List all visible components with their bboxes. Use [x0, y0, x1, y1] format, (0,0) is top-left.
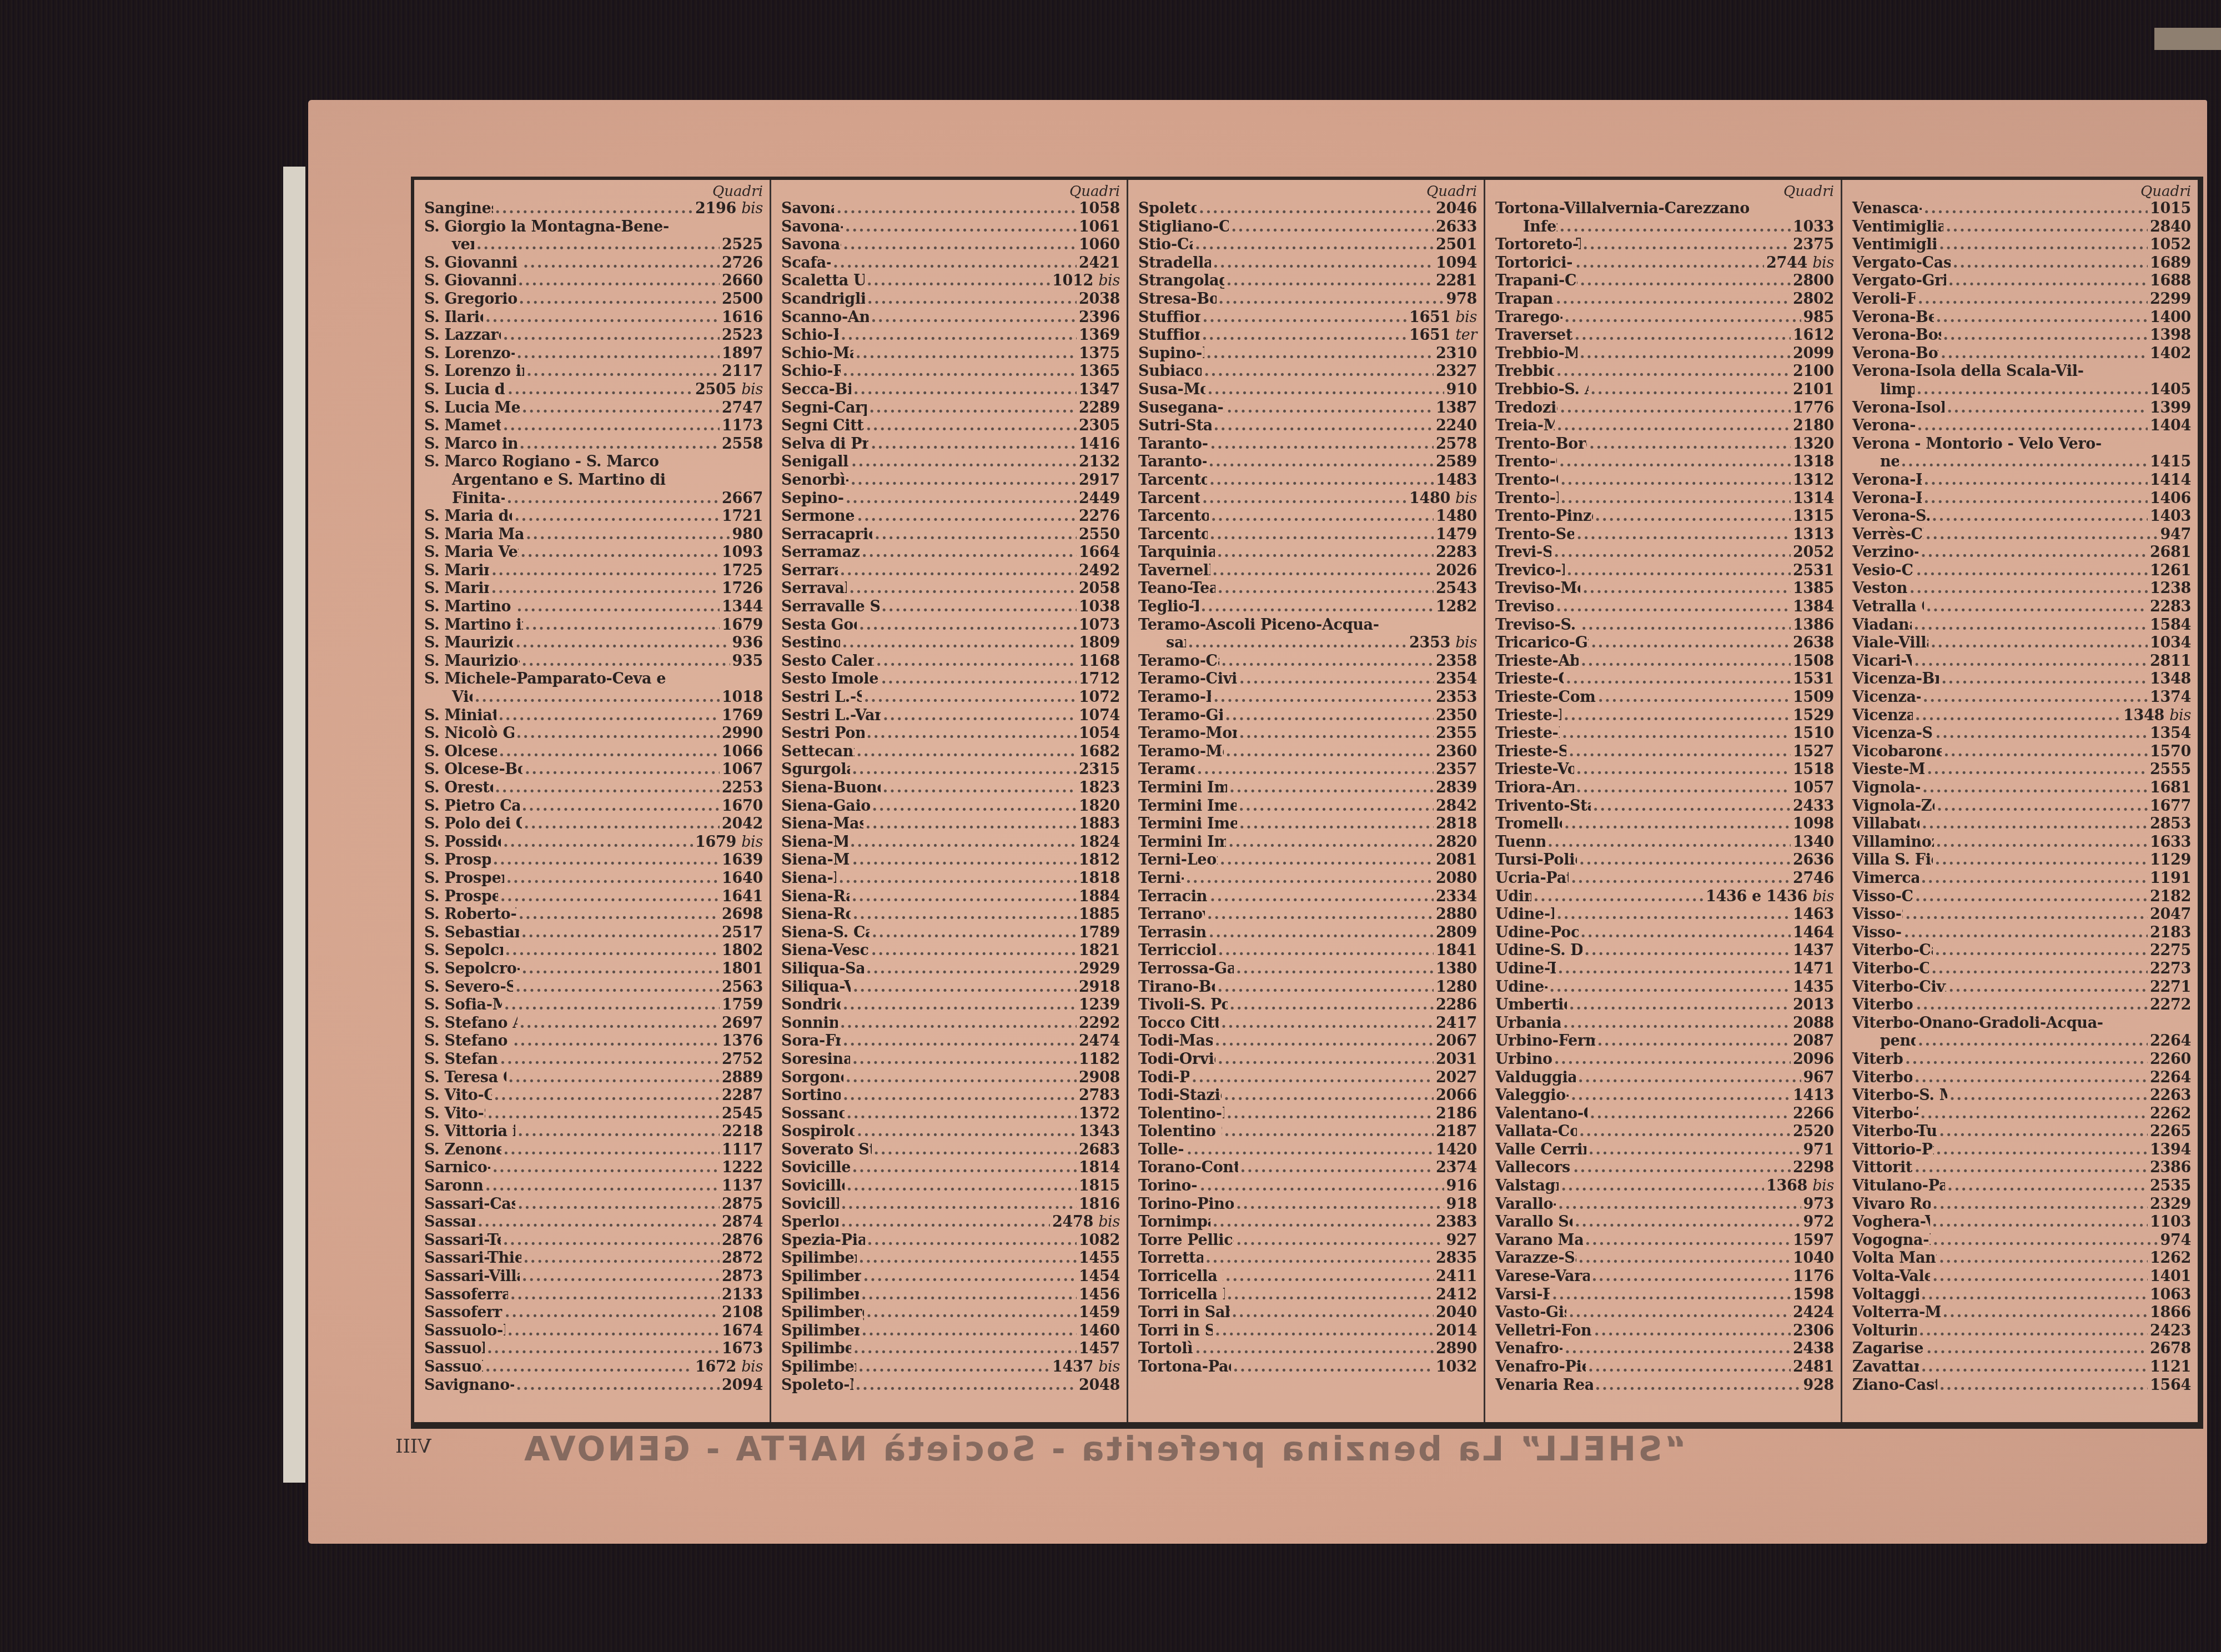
leader-dots: [872, 924, 1077, 942]
table-number: 2117: [722, 363, 763, 381]
table-number-value: 2396: [1079, 309, 1120, 326]
table-number-value: 974: [2160, 1232, 2191, 1249]
leader-dots: [875, 526, 1077, 544]
list-item: Tortona-Villalvernia-Carezzano: [1495, 200, 1834, 218]
leader-dots: [1915, 1159, 2148, 1177]
table-number-value: 1173: [722, 417, 763, 434]
table-number: 2315: [1079, 761, 1120, 779]
route-name: Vallata-Conza-Andretta: [1495, 1123, 1577, 1141]
table-number-value: 1464: [1793, 924, 1834, 941]
list-item: Teramo-Penne2357: [1138, 761, 1477, 779]
table-number-value: 1633: [2150, 833, 2191, 851]
table-number-value: 1460: [1079, 1322, 1120, 1339]
table-number: 2802: [1793, 290, 1834, 309]
table-number: 927: [1446, 1232, 1477, 1250]
leader-dots: [871, 309, 1077, 327]
table-number-value: 1815: [1079, 1177, 1120, 1194]
table-number-value: 978: [1446, 290, 1477, 308]
list-item: Sesta Godano-Spezia1073: [781, 616, 1120, 635]
route-name: Trento-Borgo-Castel Tesino: [1495, 435, 1587, 454]
leader-dots: [863, 1268, 1077, 1286]
table-number: 2081: [1436, 851, 1477, 870]
route-name: santa: [1138, 634, 1186, 652]
leader-dots: [1557, 417, 1791, 435]
route-name: Venafro-Filignano: [1495, 1340, 1562, 1358]
leader-dots: [1554, 1051, 1791, 1069]
table-number: 2133: [722, 1286, 763, 1304]
table-number: 2396: [1079, 309, 1120, 327]
leader-dots: [1558, 1196, 1801, 1214]
list-item: limpenta1405: [1852, 381, 2191, 399]
table-number: 1612: [1793, 327, 1834, 345]
table-number-value: 927: [1446, 1232, 1477, 1249]
table-number-value: 967: [1803, 1069, 1834, 1086]
table-number: 1459: [1079, 1304, 1120, 1322]
leader-dots: [845, 218, 1077, 237]
list-item: Viterbo-Farnese2272: [1852, 996, 2191, 1015]
table-number: 2545: [722, 1105, 763, 1123]
table-number: 1677: [2150, 797, 2191, 816]
table-number: 2818: [1436, 815, 1477, 833]
leader-dots: [1208, 381, 1444, 399]
table-number: 2492: [1079, 562, 1120, 580]
table-number-value: 2264: [2150, 1069, 2191, 1086]
table-number-value: 1584: [2150, 616, 2191, 634]
route-name: Trieste-Miramare: [1495, 707, 1561, 725]
leader-dots: [862, 1322, 1077, 1340]
leader-dots: [1565, 309, 1801, 327]
leader-dots: [517, 598, 720, 616]
table-number-value: 1318: [1793, 453, 1834, 470]
leader-dots: [1579, 1123, 1791, 1141]
route-name: Finita-Cosenza: [424, 490, 505, 508]
leader-dots: [488, 1105, 720, 1123]
table-number: 1376: [722, 1032, 763, 1051]
route-name: S. Pietro Capofiume-Bologna: [424, 797, 520, 816]
list-item: S. Martino in Soino-Mirandola1679: [424, 616, 763, 635]
route-name: Schio-Rovereto: [781, 363, 841, 381]
list-item: S. Mamete-Menaggio1173: [424, 417, 763, 435]
route-name: Todi-Massa Martana: [1138, 1032, 1213, 1051]
list-item: Viale-Villanova d'Asti1034: [1852, 634, 2191, 652]
table-number: 1510: [1793, 725, 1834, 743]
route-name: Trebbio-Montebaroccio: [1495, 345, 1577, 363]
table-number-value: 1883: [1079, 815, 1120, 832]
leader-dots: [495, 200, 694, 218]
leader-dots: [1218, 1051, 1434, 1069]
route-name: S. Zenone al Po-Pavia: [424, 1141, 501, 1159]
route-name: Sassari-Castelsardo-Laerru: [424, 1196, 515, 1214]
leader-dots: [843, 1032, 1077, 1051]
route-name: Viterbo-Canepina-Orte: [1852, 942, 1933, 960]
route-name: Verona-Isola della Scala-Vil-: [1852, 363, 2084, 381]
table-number-value: 2260: [2150, 1051, 2191, 1068]
leader-dots: [1556, 290, 1791, 309]
route-name: Trento-Serraia di Pinè: [1495, 526, 1574, 544]
table-number-value: 2412: [1436, 1286, 1477, 1303]
route-name: Varallo-Fobello: [1495, 1196, 1556, 1214]
list-item: Treviso-S. Donà di Piave1386: [1495, 616, 1834, 635]
table-number-value: 2108: [722, 1304, 763, 1321]
table-number-value: 1455: [1079, 1249, 1120, 1267]
list-item: Stuffione-Bologna1651 bis: [1138, 309, 1477, 327]
leader-dots: [1916, 996, 2148, 1015]
table-number-value: 1639: [722, 851, 763, 868]
leader-dots: [1921, 1286, 2148, 1304]
table-number: 2683: [1079, 1141, 1120, 1159]
table-number: 1312: [1793, 471, 1834, 490]
table-number-value: 1012: [1052, 272, 1093, 289]
list-item: Sovicille-Siena1816: [781, 1196, 1120, 1214]
table-number-value: 2550: [1079, 526, 1120, 543]
leader-dots: [525, 761, 720, 779]
table-number: 1314: [1793, 490, 1834, 508]
list-item: Soverato Stazione-Fabrizia2683: [781, 1141, 1120, 1159]
table-number-value: 2918: [1079, 978, 1120, 996]
leader-dots: [838, 870, 1077, 888]
list-item: Vicenza-Schio-Recoaro1354: [1852, 725, 2191, 743]
route-name: Trivento-Stazione di Trivento: [1495, 797, 1591, 816]
list-item: S. Michele-Pamparato-Ceva e: [424, 670, 763, 689]
list-item: Tortorici-Capo d'Orlando2744 bis: [1495, 254, 1834, 273]
route-name: Termini Imerese-Stazione: [1138, 833, 1226, 852]
table-number-value: 1405: [2150, 381, 2191, 398]
route-name: S. Sebastiano al V.-S. Giorgio: [424, 924, 519, 942]
route-name: Valentano-Canino-Montalto: [1495, 1105, 1587, 1123]
route-name: Spezia-Piana di Battolla: [781, 1232, 865, 1250]
route-name: S. Teresa Gallura-Palau: [424, 1069, 506, 1087]
leader-dots: [881, 670, 1077, 689]
list-item: S. Lucia di Serino-Avellino2505 bis: [424, 381, 763, 399]
route-name: Torretta-Palermo: [1138, 1249, 1203, 1268]
table-number: 1597: [1793, 1232, 1834, 1250]
route-name: Velletri-Fonte S. M. dell' Orco: [1495, 1322, 1592, 1340]
list-item: Savona-Varazze1060: [781, 236, 1120, 254]
table-number: 2386: [2150, 1159, 2191, 1177]
leader-dots: [1905, 906, 2148, 924]
route-name: vento: [424, 236, 474, 254]
route-name: Tredozio-Faenza: [1495, 399, 1557, 418]
leader-dots: [1582, 580, 1791, 598]
table-number-value: 1380: [1436, 960, 1477, 977]
table-number-value: 1239: [1079, 996, 1120, 1013]
table-number: 2638: [1793, 634, 1834, 652]
table-number: 1725: [722, 562, 763, 580]
route-name: S. Maria Versa-Castel S. Gio.: [424, 544, 519, 562]
leader-dots: [1939, 1377, 2148, 1395]
route-name: S. Miniato-Stazione: [424, 707, 496, 725]
list-item: S. Maurizio-Front-Barbania935: [424, 652, 763, 671]
leader-dots: [1569, 1304, 1791, 1322]
route-name: Vivaro Romano-Arsoli: [1852, 1196, 1931, 1214]
table-number: 1688: [2150, 272, 2191, 290]
table-number-value: 1471: [1793, 960, 1834, 977]
table-number-value: 2811: [2150, 652, 2191, 670]
table-number: 973: [1803, 1196, 1834, 1214]
list-item: Sestino-Urbino1809: [781, 634, 1120, 652]
route-name: Vitulano-Paupisi-Benevento: [1852, 1177, 1945, 1196]
list-item: pendente2264: [1852, 1032, 2191, 1051]
leader-dots: [1922, 779, 2148, 797]
table-number-value: 985: [1803, 309, 1834, 326]
table-number-value: 1597: [1793, 1232, 1834, 1249]
route-name: S. Prospero-Modena: [424, 888, 498, 906]
table-number-value: 2555: [2150, 761, 2191, 778]
table-number: 2038: [1079, 290, 1120, 309]
list-item: Vieste-Manfredonia2555: [1852, 761, 2191, 779]
leader-dots: [1222, 652, 1434, 671]
route-name: S. Marino-Torello: [424, 580, 489, 598]
table-number: 1464: [1793, 924, 1834, 942]
leader-dots: [1931, 634, 2148, 652]
table-number-value: 2638: [1793, 634, 1834, 651]
table-number-value: 1479: [1436, 526, 1477, 543]
table-number-value: 2013: [1793, 996, 1834, 1013]
leader-dots: [1571, 1087, 1791, 1105]
leader-dots: [1937, 797, 2148, 816]
route-name: S. Gregorio Magno-Buccino: [424, 290, 517, 309]
leader-dots: [522, 399, 720, 418]
leader-dots: [866, 960, 1077, 978]
leader-dots: [503, 417, 720, 435]
leader-dots: [514, 508, 720, 526]
list-item: Tornimparte-Aquila2383: [1138, 1213, 1477, 1232]
table-number: 1416: [1079, 435, 1120, 454]
table-number: 1063: [2150, 1286, 2191, 1304]
leader-dots: [475, 689, 720, 707]
list-item: Urbino-Fermignano-S.Sepolcro2087: [1495, 1032, 1834, 1051]
route-name: Teramo-Montorio al V.-Castelli: [1138, 725, 1237, 743]
table-number: 2383: [1436, 1213, 1477, 1232]
table-number-value: 1483: [1436, 471, 1477, 489]
leader-dots: [1939, 236, 2148, 254]
table-number: 2283: [2150, 598, 2191, 616]
table-number-value: 2240: [1436, 417, 1477, 434]
list-item: Spilimbergo-Pordenone1459: [781, 1304, 1120, 1322]
table-number: 1061: [1079, 218, 1120, 237]
route-name: Volta Mantovana-Verona: [1852, 1249, 1937, 1268]
table-number-value: 1769: [722, 707, 763, 724]
table-number-value: 1374: [2150, 689, 2191, 706]
leader-dots: [516, 1377, 720, 1395]
route-name: Sutri-Stazione Sutri: [1138, 417, 1212, 435]
route-name: Spilimbergo-Clauzetto: [781, 1268, 861, 1286]
route-name: Visso-Ussita: [1852, 924, 1902, 942]
table-number: 1340: [1793, 833, 1834, 852]
list-item: Todi-Massa Martana2067: [1138, 1032, 1477, 1051]
table-number-value: 1677: [2150, 797, 2191, 815]
route-name: Valle Cerrina-Crescentino: [1495, 1141, 1586, 1159]
leader-dots: [1562, 725, 1791, 743]
table-number-value: 1384: [1793, 598, 1834, 615]
route-name: Veroli-Frosinone: [1852, 290, 1916, 309]
table-number-value: 2872: [722, 1249, 763, 1267]
route-name: Trebbio-Pesaro: [1495, 363, 1554, 381]
route-name: Viterbo-Farnese: [1852, 996, 1914, 1015]
table-number-value: 1802: [722, 942, 763, 959]
route-name: Trento-Cavalese: [1495, 453, 1557, 471]
table-number: 2835: [1436, 1249, 1477, 1268]
table-number-value: 1416: [1079, 435, 1120, 453]
list-item: Viadana-Parma1584: [1852, 616, 2191, 635]
route-name: Teramo-Penne: [1138, 761, 1195, 779]
leader-dots: [874, 1141, 1077, 1159]
leader-dots: [852, 851, 1077, 870]
list-item: Sestri L.-Varese Lig.-Borgotaro1074: [781, 707, 1120, 725]
column-header: Quadri: [1852, 184, 2191, 199]
leader-dots: [500, 1051, 720, 1069]
route-name: Siena-Radicondoli: [781, 888, 850, 906]
leader-dots: [1552, 1286, 1791, 1304]
table-number-value: 1387: [1436, 399, 1477, 416]
list-item: S. Severo-S. Paolo Civitate2563: [424, 978, 763, 997]
table-number-value: 2873: [722, 1268, 763, 1285]
leader-dots: [1597, 1032, 1791, 1051]
table-number: 1402: [2150, 345, 2191, 363]
leader-dots: [1200, 1177, 1444, 1196]
route-name: Soverato Stazione-Fabrizia: [781, 1141, 872, 1159]
leader-dots: [1905, 1051, 2148, 1069]
leader-dots: [840, 1015, 1077, 1033]
table-number-value: 2783: [1079, 1087, 1120, 1104]
table-number: 1374: [2150, 689, 2191, 707]
leader-dots: [1218, 580, 1434, 598]
route-name: Tortoreto-Tortoreto Staz.: [1495, 236, 1581, 254]
leader-dots: [1207, 345, 1434, 363]
route-name: Trarego-Cannero: [1495, 309, 1562, 327]
index-column-1: Quadri Sanginesio-Tolentino2196 bisS. Gi…: [414, 180, 771, 1422]
list-item: Vignola-Levizzano1681: [1852, 779, 2191, 797]
table-number: 1173: [722, 417, 763, 435]
table-number: 1103: [2150, 1213, 2191, 1232]
table-number-value: 2040: [1436, 1304, 1477, 1321]
table-number-value: 2066: [1436, 1087, 1477, 1104]
leader-dots: [521, 924, 720, 942]
route-name: Tavernelle-Panicale: [1138, 562, 1210, 580]
leader-dots: [847, 1105, 1077, 1123]
table-number-value: 2375: [1793, 236, 1834, 253]
leader-dots: [883, 707, 1077, 725]
index-column-5: Quadri Venasca-Sampeyre1015Ventimiglia S…: [1842, 180, 2198, 1422]
table-number-value: 2329: [2150, 1196, 2191, 1213]
route-name: Terricciola-Pontedera: [1138, 942, 1216, 960]
table-number-value: 1061: [1079, 218, 1120, 235]
table-number-value: 1651: [1409, 309, 1450, 326]
leader-dots: [1224, 1087, 1434, 1105]
list-item: Taranto-Martina F.2578: [1138, 435, 1477, 454]
list-item: Sassari-Tempio-Palau2876: [424, 1232, 763, 1250]
table-number-value: 1816: [1079, 1196, 1120, 1213]
list-item: Sesto Calende-Borgo Ticino1168: [781, 652, 1120, 671]
table-number: 2218: [722, 1123, 763, 1141]
table-number: 1403: [2150, 508, 2191, 526]
route-name: Sospirolo-California: [781, 1123, 855, 1141]
list-item: Verona-Bellori-Erbezzo1400: [1852, 309, 2191, 327]
list-item: Soresina-Cremona1182: [781, 1051, 1120, 1069]
table-number: 1616: [722, 309, 763, 327]
table-number: 2875: [722, 1196, 763, 1214]
route-name: Villaminozzo-Reggio E.: [1852, 833, 1934, 852]
list-item: Scanno-Anversa-Sulmona2396: [781, 309, 1120, 327]
leader-dots: [1225, 707, 1434, 725]
table-number-value: 1437: [1052, 1358, 1093, 1375]
table-number: 2917: [1079, 471, 1120, 490]
route-name: S. Roberto-Villa S. Giovanni: [424, 906, 516, 924]
table-number-value: 2374: [1436, 1159, 1477, 1176]
table-number: 1182: [1079, 1051, 1120, 1069]
route-name: S. Maurizio-Front-Barbania: [424, 652, 520, 671]
table-number: 2523: [722, 327, 763, 345]
index-column-4: Quadri Tortona-Villalvernia-CarezzanoInf…: [1485, 180, 1842, 1422]
table-number-value: 1054: [1079, 725, 1120, 742]
leader-dots: [1581, 924, 1791, 942]
list-item: Settecani-Levizzano1682: [781, 743, 1120, 761]
list-item: Trieste-S. Canziano1527: [1495, 743, 1834, 761]
table-number: 2800: [1793, 272, 1834, 290]
list-item: Saronno-Cantù1137: [424, 1177, 763, 1196]
list-item: Vogogna-Macugnaga974: [1852, 1232, 2191, 1250]
leader-dots: [523, 254, 720, 273]
leader-dots: [1209, 471, 1434, 490]
table-number-value: 1052: [2150, 236, 2191, 253]
table-number-value: 1376: [722, 1032, 763, 1050]
table-number: 1651 bis: [1409, 309, 1477, 327]
leader-dots: [520, 435, 720, 454]
list-item: S. Prospero-Carpi1639: [424, 851, 763, 870]
table-number-value: 1688: [2150, 272, 2191, 289]
table-number: 2253: [722, 779, 763, 797]
list-item: Trevi-Stazione2052: [1495, 544, 1834, 562]
leader-dots: [476, 236, 720, 254]
list-item: Venaria Reale-Fiano-Cafasse928: [1495, 1377, 1834, 1395]
index-table: Quadri Sanginesio-Tolentino2196 bisS. Gi…: [411, 177, 2203, 1429]
leader-dots: [1915, 888, 2148, 906]
route-name: Tromello-Voghera: [1495, 815, 1562, 833]
leader-dots: [1561, 490, 1791, 508]
list-item: S. Prospero-Mirandola1640: [424, 870, 763, 888]
list-item: Torino-Pino Torinese-Chieri918: [1138, 1196, 1477, 1214]
table-number-value: 1564: [2150, 1377, 2191, 1394]
leader-dots: [1236, 1232, 1444, 1250]
leader-dots: [843, 996, 1077, 1015]
table-number-value: 1415: [2150, 453, 2191, 470]
table-number: 2088: [1793, 1015, 1834, 1033]
route-name: Vesio-Campione: [1852, 562, 1914, 580]
list-item: Vicenza-Lavarone1348 bis: [1852, 707, 2191, 725]
leader-dots: [503, 327, 720, 345]
route-name: Trieste-Comeno-Castagnievizza: [1495, 689, 1596, 707]
leader-dots: [862, 544, 1077, 562]
leader-dots: [1921, 1358, 2148, 1377]
route-name: Spilimbergo-Udine: [781, 1340, 851, 1358]
route-name: S. Martino in Soino-Mirandola: [424, 616, 523, 635]
table-number: 2183: [2150, 924, 2191, 942]
table-number: 1455: [1079, 1249, 1120, 1268]
leader-dots: [491, 580, 720, 598]
leader-dots: [505, 1304, 720, 1322]
table-number-value: 1038: [1079, 598, 1120, 615]
route-name: Siena-Gaiole-Montevarchi: [781, 797, 870, 816]
list-item: Schio-Bassano1369: [781, 327, 1120, 345]
leader-dots: [853, 1340, 1077, 1358]
index-column-2: Quadri Savona-Cairo1058Savona-Sassello10…: [771, 180, 1128, 1422]
route-name: Sassuolo-Vignola: [424, 1358, 483, 1377]
table-number-value: 2047: [2150, 906, 2191, 923]
route-name: Savignano-S. Agata Feltria: [424, 1377, 514, 1395]
list-item: Teano-Teano Stazione2543: [1138, 580, 1477, 598]
list-item: Sassuolo-Quara1673: [424, 1340, 763, 1358]
table-number-value: 1343: [1079, 1123, 1120, 1140]
